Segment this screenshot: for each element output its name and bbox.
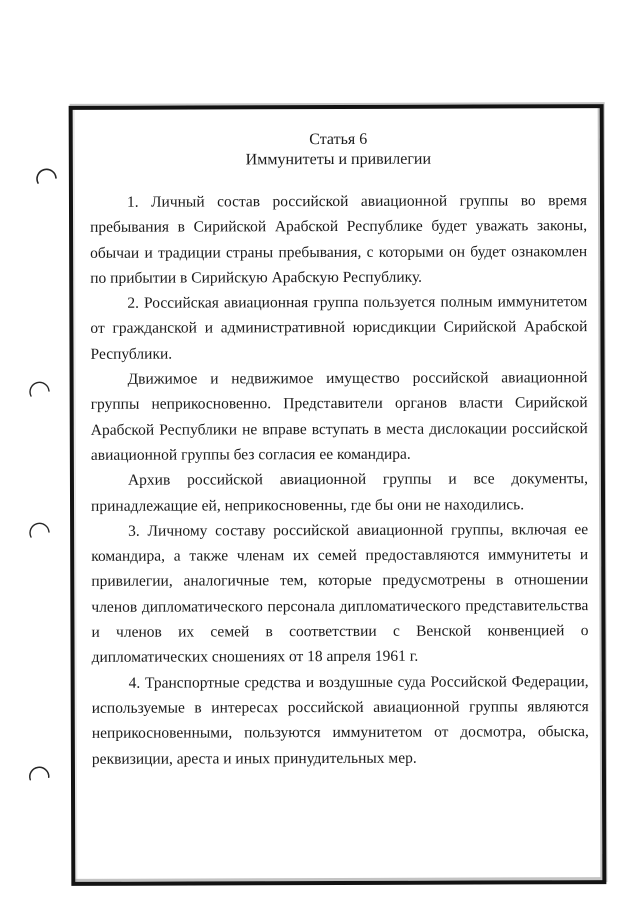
article-subheading: Иммунитеты и привилегии — [90, 149, 587, 171]
paragraph-2: 2. Российская авиационная группа пользуе… — [90, 289, 587, 367]
binding-arc-mark — [36, 166, 58, 188]
paragraph-3: Движимое и недвижимое имущество российск… — [91, 365, 588, 468]
binding-arc-mark — [28, 763, 53, 788]
document-page-frame: Статья 6 Иммунитеты и привилегии 1. Личн… — [69, 104, 607, 886]
article-heading: Статья 6 — [90, 129, 587, 151]
paragraph-1: 1. Личный состав российской авиационной … — [90, 188, 587, 291]
article-heading-block: Статья 6 Иммунитеты и привилегии — [90, 129, 587, 171]
paragraph-5: 3. Личному составу российской авиационно… — [91, 517, 589, 671]
binding-arc-mark — [29, 520, 51, 542]
binding-arc-mark — [29, 379, 51, 401]
scan-background: Статья 6 Иммунитеты и привилегии 1. Личн… — [0, 0, 640, 905]
paragraph-4: Архив российской авиационной группы и вс… — [91, 466, 588, 518]
paragraph-6: 4. Транспортные средства и воздушные суд… — [92, 669, 589, 772]
